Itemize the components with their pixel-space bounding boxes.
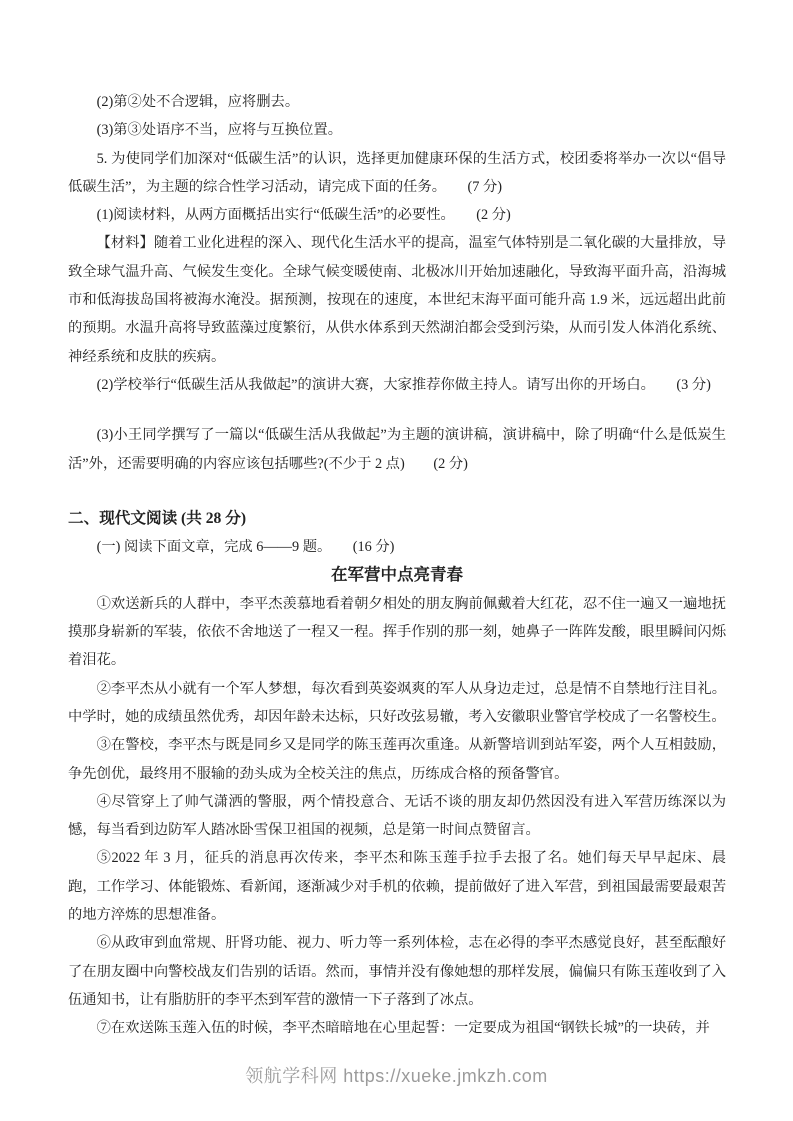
question-5-task-3: (3)小王同学撰写了一篇以“低碳生活从我做起”为主题的演讲稿，演讲稿中，除了明确… [68, 421, 726, 478]
document-page: (2)第②处不合逻辑，应将删去。 (3)第③处语序不当，应将与互换位置。 5. … [0, 0, 793, 1121]
essay-paragraph-5: ⑤2022 年 3 月，征兵的消息再次传来，李平杰和陈玉莲手拉手去报了名。她们每… [68, 844, 726, 929]
section-2-heading: 二、现代文阅读 (共 28 分) [68, 505, 726, 533]
essay-paragraph-1: ①欢送新兵的人群中，李平杰羡慕地看着朝夕相处的朋友胸前佩戴着大红花，忍不住一遍又… [68, 590, 726, 675]
essay-paragraph-4: ④尽管穿上了帅气潇洒的警服，两个情投意合、无话不谈的朋友却仍然因没有进入军营历练… [68, 788, 726, 845]
question-5-material: 【材料】随着工业化进程的深入、现代化生活水平的提高，温室气体特别是二氧化碳的大量… [68, 229, 726, 370]
document-body: (2)第②处不合逻辑，应将删去。 (3)第③处语序不当，应将与互换位置。 5. … [68, 88, 726, 1043]
question-4-item-2: (2)第②处不合逻辑，应将删去。 [68, 88, 726, 116]
question-5-intro: 5. 为使同学们加深对“低碳生活”的认识，选择更加健康环保的生活方式，校团委将举… [68, 145, 726, 202]
essay-paragraph-6: ⑥从政审到血常规、肝肾功能、视力、听力等一系列体检，志在必得的李平杰感觉良好，甚… [68, 929, 726, 1014]
essay-paragraph-3: ③在警校，李平杰与既是同乡又是同学的陈玉莲再次重逢。从新警培训到站军姿，两个人互… [68, 731, 726, 788]
question-5-task-1: (1)阅读材料，从两方面概括出实行“低碳生活”的必要性。 (2 分) [68, 201, 726, 229]
watermark: 领航学科网 https://xueke.jmkzh.com [0, 1062, 793, 1088]
essay-paragraph-2: ②李平杰从小就有一个军人梦想，每次看到英姿飒爽的军人从身边走过，总是情不自禁地行… [68, 675, 726, 732]
question-5-task-2: (2)学校举行“低碳生活从我做起”的演讲大赛，大家推荐你做主持人。请写出你的开场… [68, 371, 726, 399]
essay-paragraph-7: ⑦在欢送陈玉莲入伍的时候，李平杰暗暗地在心里起誓：一定要成为祖国“钢铁长城”的一… [68, 1014, 726, 1042]
reading-part-1-intro: (一) 阅读下面文章，完成 6——9 题。 (16 分) [68, 533, 726, 561]
question-4-item-3: (3)第③处语序不当，应将与互换位置。 [68, 116, 726, 144]
essay-title: 在军营中点亮青春 [68, 561, 726, 589]
